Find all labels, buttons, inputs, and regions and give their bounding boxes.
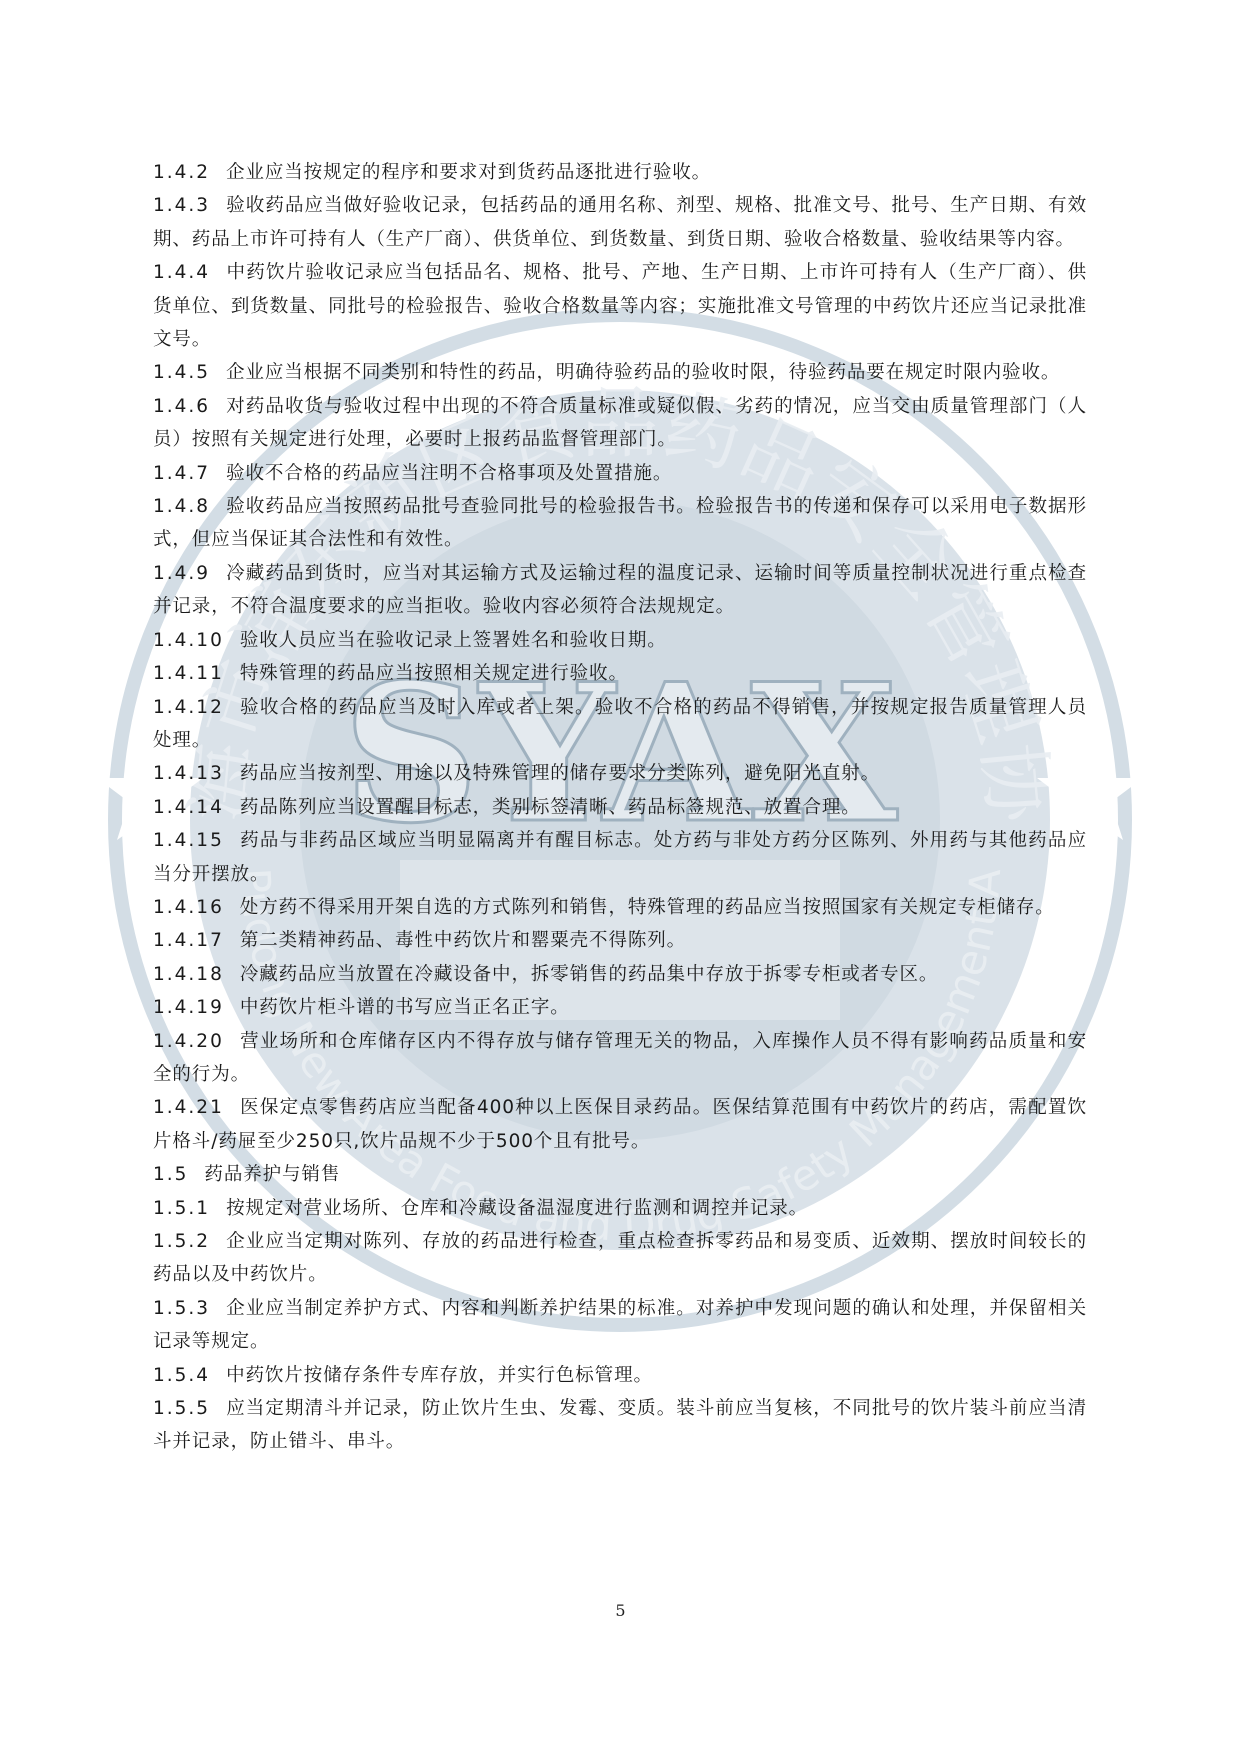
clause-1-4-3: 1.4.3验收药品应当做好验收记录，包括药品的通用名称、剂型、规格、批准文号、批… — [153, 189, 1087, 256]
clause-1-4-16: 1.4.16处方药不得采用开架自选的方式陈列和销售，特殊管理的药品应当按照国家有… — [153, 891, 1087, 924]
clause-1-4-19: 1.4.19中药饮片柜斗谱的书写应当正名正字。 — [153, 991, 1087, 1024]
page-number: 5 — [0, 1601, 1241, 1620]
clause-1-4-15: 1.4.15药品与非药品区域应当明显隔离并有醒目标志。处方药与非处方药分区陈列、… — [153, 824, 1087, 891]
clause-1-5-5: 1.5.5应当定期清斗并记录，防止饮片生虫、发霉、变质。装斗前应当复核，不同批号… — [153, 1392, 1087, 1459]
clause-1-4-11: 1.4.11特殊管理的药品应当按照相关规定进行验收。 — [153, 657, 1087, 690]
clause-1-4-10: 1.4.10验收人员应当在验收记录上签署姓名和验收日期。 — [153, 624, 1087, 657]
clause-1-4-18: 1.4.18冷藏药品应当放置在冷藏设备中，拆零销售的药品集中存放于拆零专柜或者专… — [153, 958, 1087, 991]
clause-1-4-12: 1.4.12验收合格的药品应当及时入库或者上架。验收不合格的药品不得销售，并按规… — [153, 691, 1087, 758]
clause-1-4-8: 1.4.8验收药品应当按照药品批号查验同批号的检验报告书。检验报告书的传递和保存… — [153, 490, 1087, 557]
clause-1-4-5: 1.4.5企业应当根据不同类别和特性的药品，明确待验药品的验收时限，待验药品要在… — [153, 356, 1087, 389]
clause-1-5-1: 1.5.1按规定对营业场所、仓库和冷藏设备温湿度进行监测和调控并记录。 — [153, 1192, 1087, 1225]
clause-1-4-2: 1.4.2企业应当按规定的程序和要求对到货药品逐批进行验收。 — [153, 156, 1087, 189]
clause-1-4-6: 1.4.6对药品收货与验收过程中出现的不符合质量标准或疑似假、劣药的情况，应当交… — [153, 390, 1087, 457]
clause-1-4-20: 1.4.20营业场所和仓库储存区内不得存放与储存管理无关的物品，入库操作人员不得… — [153, 1025, 1087, 1092]
clause-1-5-4: 1.5.4中药饮片按储存条件专库存放，并实行色标管理。 — [153, 1359, 1087, 1392]
document-body: 1.4.2企业应当按规定的程序和要求对到货药品逐批进行验收。 1.4.3验收药品… — [153, 156, 1087, 1459]
clause-1-4-13: 1.4.13药品应当按剂型、用途以及特殊管理的储存要求分类陈列，避免阳光直射。 — [153, 757, 1087, 790]
clause-1-4-14: 1.4.14药品陈列应当设置醒目标志，类别标签清晰、药品标签规范、放置合理。 — [153, 791, 1087, 824]
clause-1-4-21: 1.4.21医保定点零售药店应当配备400种以上医保目录药品。医保结算范围有中药… — [153, 1091, 1087, 1158]
clause-1-5-3: 1.5.3企业应当制定养护方式、内容和判断养护结果的标准。对养护中发现问题的确认… — [153, 1292, 1087, 1359]
clause-1-4-7: 1.4.7验收不合格的药品应当注明不合格事项及处置措施。 — [153, 457, 1087, 490]
clause-1-4-9: 1.4.9冷藏药品到货时，应当对其运输方式及运输过程的温度记录、运输时间等质量控… — [153, 557, 1087, 624]
section-heading-1-5: 1.5药品养护与销售 — [153, 1158, 1087, 1191]
clause-1-4-4: 1.4.4中药饮片验收记录应当包括品名、规格、批号、产地、生产日期、上市许可持有… — [153, 256, 1087, 356]
document-page: 上海市浦东新区食品药品安全管理协会 SYAX Shanghai Pudong N… — [0, 0, 1241, 1754]
clause-1-5-2: 1.5.2企业应当定期对陈列、存放的药品进行检查，重点检查拆零药品和易变质、近效… — [153, 1225, 1087, 1292]
clause-1-4-17: 1.4.17第二类精神药品、毒性中药饮片和罂粟壳不得陈列。 — [153, 924, 1087, 957]
